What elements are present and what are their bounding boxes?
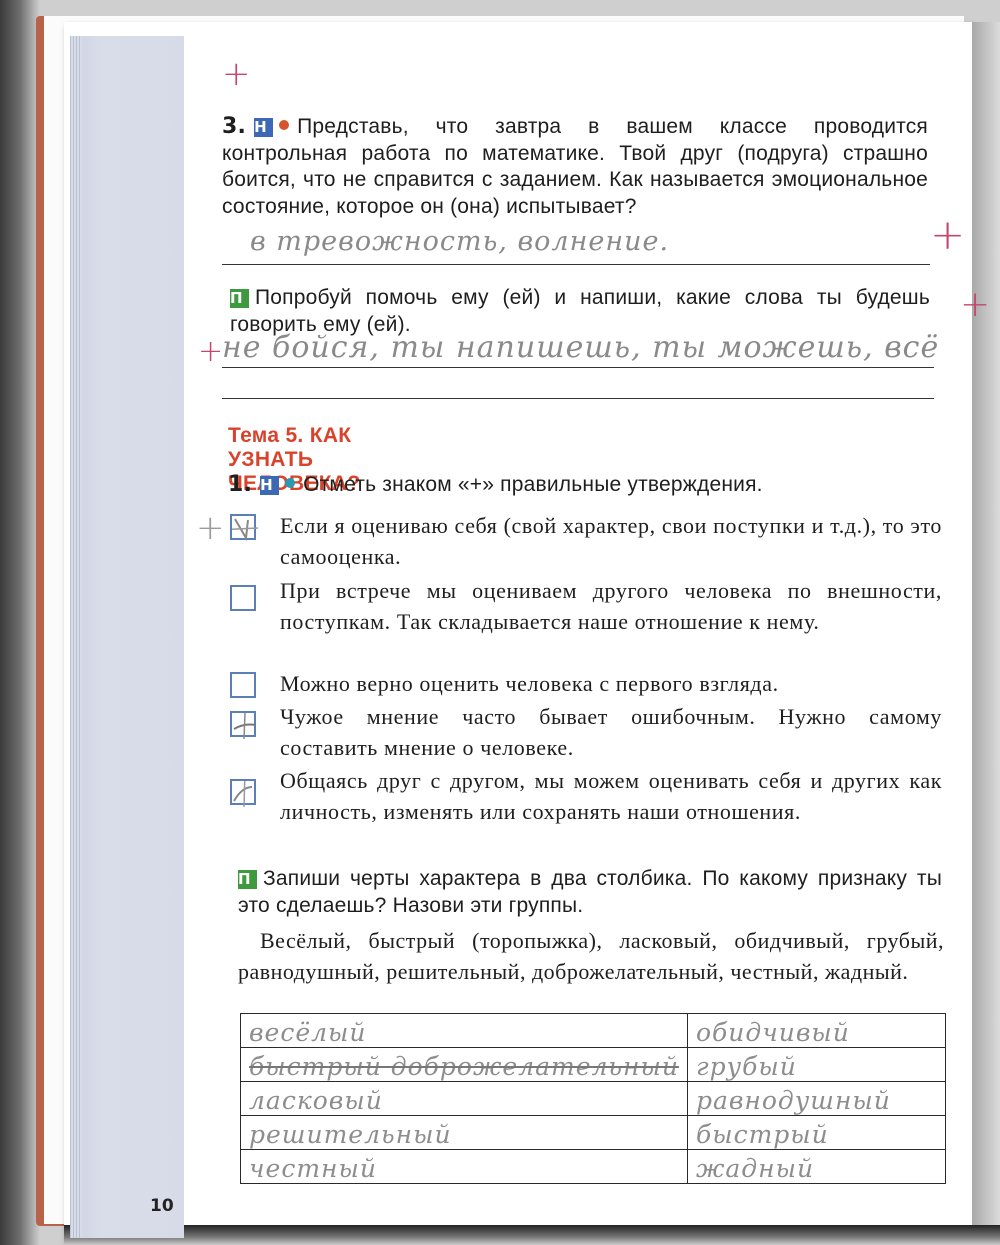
answer-line xyxy=(222,398,934,399)
table-cell-right[interactable]: жадный xyxy=(687,1150,945,1184)
task3-question-text: Представь, что завтра в вашем классе про… xyxy=(222,115,928,218)
pencil-plus-mark: + xyxy=(196,508,225,548)
task-level-badge-h: Н xyxy=(260,476,279,495)
page-side-strip xyxy=(70,36,184,1238)
traits-list: Весёлый, быстрый (торопыжка), ласковый, … xyxy=(238,926,944,987)
statement-checkbox[interactable] xyxy=(230,672,256,698)
teal-dot-icon xyxy=(285,478,295,488)
statement-checkbox[interactable] xyxy=(230,711,256,737)
statement-text: Чужое мнение часто бывает ошибочным. Нуж… xyxy=(280,701,942,763)
pencil-check-mark-icon xyxy=(232,516,258,542)
task3-handwritten-answer[interactable]: в тревожность, волнение. xyxy=(250,226,669,257)
statement-checkbox[interactable] xyxy=(230,514,256,540)
statement-text: Общаясь друг с другом, мы можем оцениват… xyxy=(280,765,942,827)
topic-prefix: Тема 5. xyxy=(228,424,304,447)
answer-line xyxy=(222,367,934,368)
table-cell-right[interactable]: обидчивый xyxy=(687,1014,945,1048)
statement-row: Чужое мнение часто бывает ошибочным. Нуж… xyxy=(230,701,942,765)
task1-sub-question: ПЗапиши черты характера в два столбика. … xyxy=(238,866,942,919)
table-cell-left[interactable]: ласковый xyxy=(241,1082,688,1116)
page-number: 10 xyxy=(150,1196,174,1216)
statement-checkbox[interactable] xyxy=(230,779,256,805)
teacher-plus-mark: + xyxy=(960,284,990,325)
page-bottom-shadow xyxy=(64,1225,1000,1245)
traits-table: весёлый обидчивый быстрый доброжелательн… xyxy=(240,1013,946,1184)
teacher-plus-mark: + xyxy=(930,210,965,259)
table-cell-left[interactable]: честный xyxy=(241,1150,688,1184)
task-level-badge-h: Н xyxy=(254,118,273,137)
statement-checkbox[interactable] xyxy=(230,585,256,611)
teacher-plus-mark: + xyxy=(222,54,251,94)
task-level-badge-p: П xyxy=(230,289,249,308)
statement-text: При встрече мы оцениваем другого человек… xyxy=(280,575,942,637)
table-row: ласковый равнодушный xyxy=(241,1082,946,1116)
pencil-plus-mark-icon xyxy=(232,781,258,807)
statement-row: Если я оцениваю себя (свой характер, сво… xyxy=(230,510,942,574)
table-cell-left[interactable]: быстрый доброжелательный xyxy=(241,1048,688,1082)
table-cell-right[interactable]: грубый xyxy=(687,1048,945,1082)
table-cell-left[interactable]: весёлый xyxy=(241,1014,688,1048)
task3-sub-question-text: Попробуй помочь ему (ей) и напиши, какие… xyxy=(230,286,930,336)
teacher-plus-mark: + xyxy=(198,334,223,369)
statement-row: При встрече мы оцениваем другого человек… xyxy=(230,575,942,670)
table-cell-right[interactable]: быстрый xyxy=(687,1116,945,1150)
table-row: быстрый доброжелательный грубый xyxy=(241,1048,946,1082)
task3-question: 3.НПредставь, что завтра в вашем классе … xyxy=(222,114,928,220)
table-cell-right[interactable]: равнодушный xyxy=(687,1082,945,1116)
table-row: весёлый обидчивый xyxy=(241,1014,946,1048)
orange-dot-icon xyxy=(279,120,289,130)
page-right-shadow xyxy=(972,22,1000,1245)
answer-line xyxy=(222,264,930,265)
task3-number: 3. xyxy=(222,114,246,139)
table-row: решительный быстрый xyxy=(241,1116,946,1150)
table-cell-left[interactable]: решительный xyxy=(241,1116,688,1150)
pencil-plus-mark-icon xyxy=(232,713,258,739)
table-row: честный жадный xyxy=(241,1150,946,1184)
task1-number: 1. xyxy=(228,472,252,497)
task3-sub-handwritten-answer[interactable]: не бойся, ты напишешь, ты можешь, всё xyxy=(222,330,939,365)
task-level-badge-p: П xyxy=(238,870,257,889)
task1-instruction-text: Отметь знаком «+» правильные утверждения… xyxy=(303,473,763,496)
statement-row: Общаясь друг с другом, мы можем оцениват… xyxy=(230,765,942,860)
statement-row: Можно верно оценить человека с первого в… xyxy=(230,668,942,702)
task1-instruction: 1.НОтметь знаком «+» правильные утвержде… xyxy=(228,472,928,499)
statement-text: Если я оцениваю себя (свой характер, сво… xyxy=(280,510,942,572)
task1-sub-question-text: Запиши черты характера в два столбика. П… xyxy=(238,867,942,917)
statement-text: Можно верно оценить человека с первого в… xyxy=(280,668,942,699)
